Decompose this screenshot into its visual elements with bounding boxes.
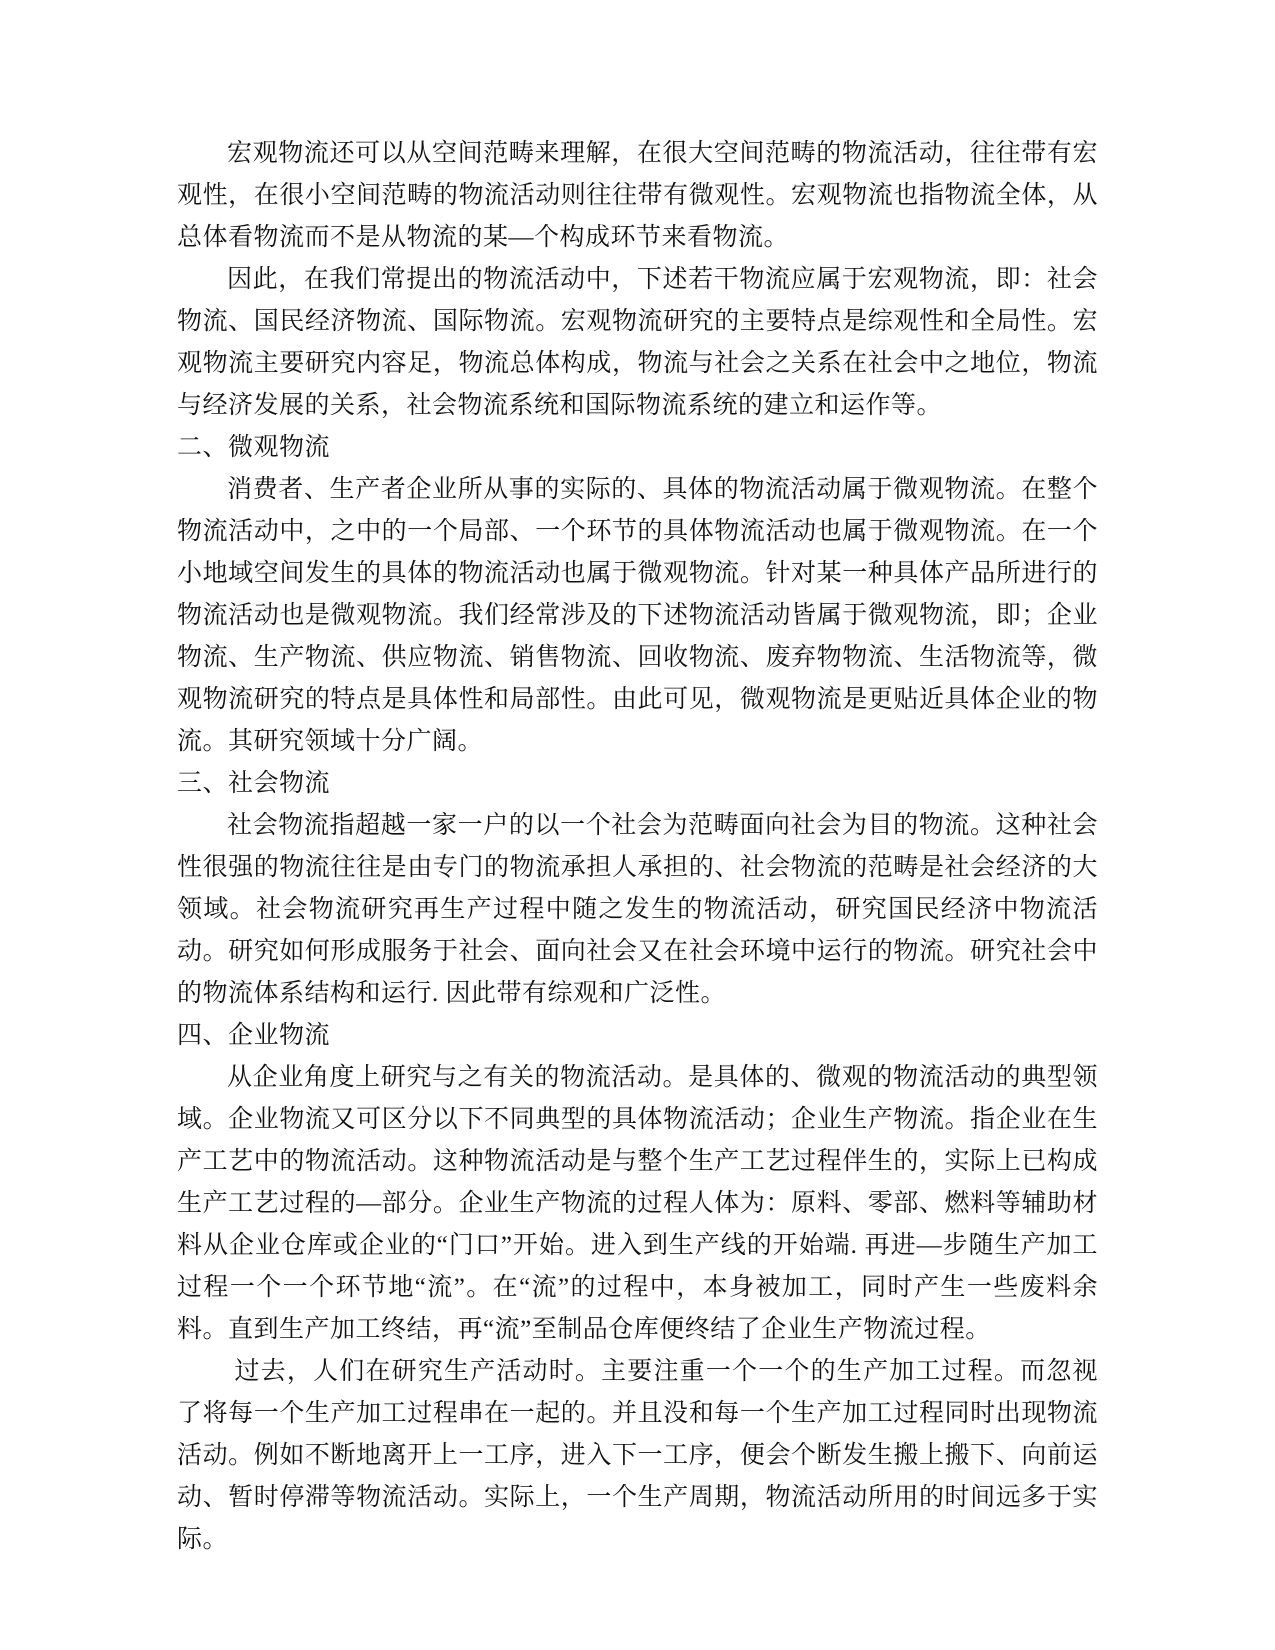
paragraph-macro-logistics-space: 宏观物流还可以从空间范畴来理解，在很大空间范畴的物流活动，往往带有宏观性，在很小…	[177, 133, 1098, 259]
paragraph-past-production-research: 过去，人们在研究生产活动时。主要注重一个一个的生产加工过程。而忽视了将每一个生产…	[177, 1351, 1098, 1561]
document-page: 宏观物流还可以从空间范畴来理解，在很大空间范畴的物流活动，往往带有宏观性，在很小…	[0, 0, 1275, 1650]
paragraph-micro-logistics: 消费者、生产者企业所从事的实际的、具体的物流活动属于微观物流。在整个物流活动中，…	[177, 469, 1098, 763]
paragraph-macro-logistics-scope: 因此，在我们常提出的物流活动中，下述若干物流应属于宏观物流，即：社会物流、国民经…	[177, 259, 1098, 427]
section-heading-enterprise-logistics: 四、企业物流	[177, 1015, 1098, 1057]
section-heading-micro-logistics: 二、微观物流	[177, 427, 1098, 469]
paragraph-enterprise-logistics: 从企业角度上研究与之有关的物流活动。是具体的、微观的物流活动的典型领域。企业物流…	[177, 1057, 1098, 1351]
section-heading-social-logistics: 三、社会物流	[177, 763, 1098, 805]
text-body: 宏观物流还可以从空间范畴来理解，在很大空间范畴的物流活动，往往带有宏观性，在很小…	[177, 133, 1098, 1561]
paragraph-social-logistics: 社会物流指超越一家一户的以一个社会为范畴面向社会为目的物流。这种社会性很强的物流…	[177, 805, 1098, 1015]
